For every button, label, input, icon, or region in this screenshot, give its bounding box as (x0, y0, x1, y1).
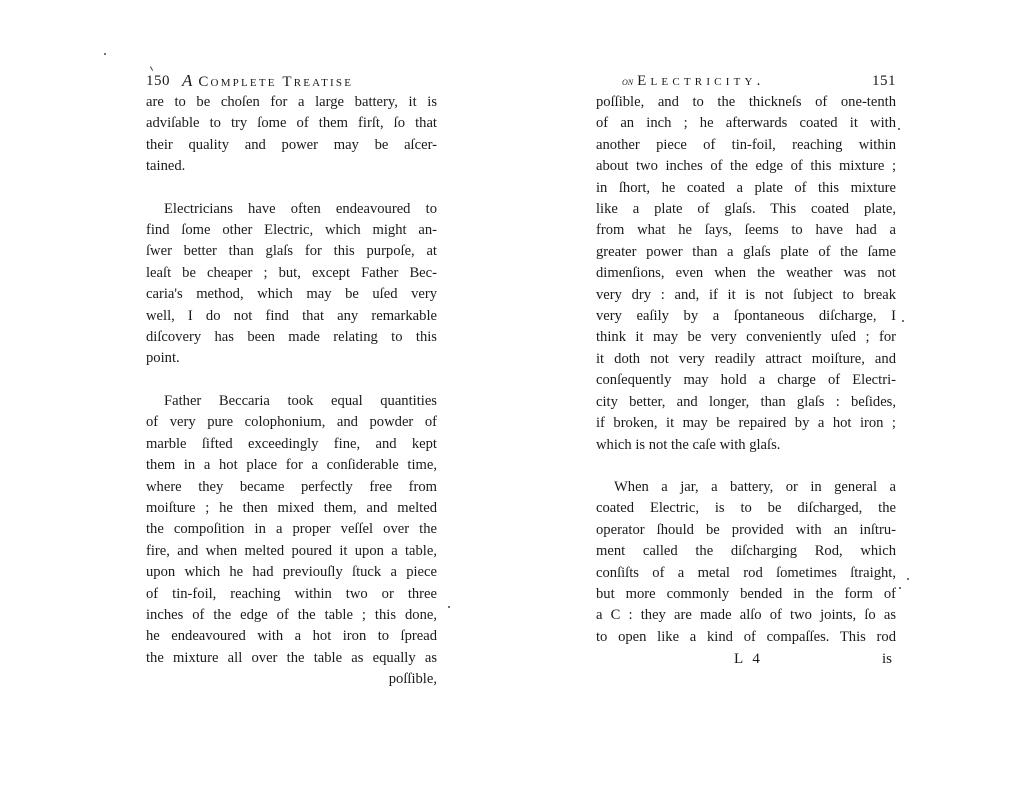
running-head-left: 150 A Complete Treatise (146, 70, 437, 92)
text-line: city better, and longer, than glaſs : be… (596, 392, 896, 413)
text-line: dimenſions, even when the weather was no… (596, 263, 896, 284)
catchword: poſſible, (146, 669, 437, 690)
text-line: a C : they are made alſo of two joints, … (596, 605, 896, 626)
running-head-text-right: Electricity. (637, 73, 764, 89)
text-line: where they became perfectly free from (146, 477, 437, 498)
paragraph: When a jar, a battery, or in general a c… (596, 477, 896, 648)
text-line: to open like a kind of compaſſes. This r… (596, 627, 896, 648)
scan-speck (448, 606, 450, 608)
text-line: but more commonly bended in the form of (596, 584, 896, 605)
text-line: inches of the edge of the table ; this d… (146, 605, 437, 626)
scan-speck (902, 320, 904, 322)
running-head-prefix-left: A (182, 71, 192, 90)
text-line: of tin-foil, reaching within two or thre… (146, 584, 437, 605)
page-number-left: 150 (146, 70, 170, 92)
paragraph-gap (596, 456, 896, 477)
text-line: marble ſifted exceedingly fine, and kept (146, 434, 437, 455)
text-line: point. (146, 348, 437, 369)
paragraph: are to be choſen for a large battery, it… (146, 92, 437, 178)
text-line: adviſable to try ſome of them firſt, ſo … (146, 113, 437, 134)
text-line: caria's method, which may be uſed very (146, 284, 437, 305)
text-line: of an inch ; he afterwards coated it wit… (596, 113, 896, 134)
book-spread: 150 A Complete Treatise are to be choſen… (0, 0, 1024, 791)
text-line: are to be choſen for a large battery, it… (146, 92, 437, 113)
signature-mark: L 4 (734, 648, 763, 670)
text-line: their quality and power may be aſcer- (146, 135, 437, 156)
catchword: is (882, 648, 892, 670)
paragraph: Electricians have often endeavoured to f… (146, 199, 437, 370)
running-head-right: onElectricity. 151 (596, 70, 896, 92)
running-head-prefix-right: on (622, 74, 633, 88)
text-line: from what he ſays, ſeems to have had a (596, 220, 896, 241)
page-number-right: 151 (872, 70, 896, 92)
text-line: if broken, it may be repaired by a hot i… (596, 413, 896, 434)
text-line: tained. (146, 156, 437, 177)
text-line: diſcovery has been made relating to this (146, 327, 437, 348)
paragraph: Father Beccaria took equal quantities of… (146, 391, 437, 691)
text-line: Electricians have often endeavoured to (146, 199, 437, 220)
left-page-body: are to be choſen for a large battery, it… (146, 92, 437, 691)
text-line: ment called the diſcharging Rod, which (596, 541, 896, 562)
paragraph-gap (146, 370, 437, 391)
scan-speck (104, 53, 106, 55)
text-line: find ſome other Electric, which might an… (146, 220, 437, 241)
text-line: them in a hot place for a conſiderable t… (146, 455, 437, 476)
text-line: Father Beccaria took equal quantities (146, 391, 437, 412)
right-page-body: poſſible, and to the thickneſs of one-te… (596, 92, 896, 648)
running-head-title-left: A Complete Treatise (182, 70, 353, 93)
text-line: it doth not very readily attract moiſtur… (596, 349, 896, 370)
running-head-text-left: Complete Treatise (198, 74, 353, 90)
text-line: in ſhort, he coated a plate of this mixt… (596, 178, 896, 199)
running-head-title-right: onElectricity. (622, 70, 765, 92)
text-line: conſiſts of a metal rod ſometimes ſtraig… (596, 563, 896, 584)
paragraph: poſſible, and to the thickneſs of one-te… (596, 92, 896, 456)
text-line: well, I do not find that any remarkable (146, 306, 437, 327)
scan-speck (899, 587, 901, 589)
text-line: the compoſition in a proper veſſel over … (146, 519, 437, 540)
left-page: 150 A Complete Treatise are to be choſen… (146, 70, 437, 691)
scan-speck (898, 128, 900, 130)
text-line: very dry : and, if it is not ſubject to … (596, 285, 896, 306)
text-line: of very pure colophonium, and powder of (146, 412, 437, 433)
text-line: he endeavoured with a hot iron to ſpread (146, 626, 437, 647)
text-line: greater power than a glaſs plate of the … (596, 242, 896, 263)
text-line: the mixture all over the table as equall… (146, 648, 437, 669)
text-line: conſequently may hold a charge of Electr… (596, 370, 896, 391)
text-line: like a plate of glaſs. This coated plate… (596, 199, 896, 220)
text-line: ſwer better than glaſs for this purpoſe,… (146, 241, 437, 262)
text-line: leaſt be cheaper ; but, except Father Be… (146, 263, 437, 284)
paragraph-gap (146, 178, 437, 199)
text-line: moiſture ; he then mixed them, and melte… (146, 498, 437, 519)
text-line: think it may be very conveniently uſed ;… (596, 327, 896, 348)
text-line: upon which he had previouſly ſtuck a pie… (146, 562, 437, 583)
text-line: very eaſily by a ſpontaneous diſcharge, … (596, 306, 896, 327)
right-page: onElectricity. 151 poſſible, and to the … (596, 70, 896, 670)
text-line: coated Electric, is to be diſcharged, th… (596, 498, 896, 519)
text-line: another piece of tin-foil, reaching with… (596, 135, 896, 156)
text-line: operator ſhould be provided with an inſt… (596, 520, 896, 541)
text-line: fire, and when melted poured it upon a t… (146, 541, 437, 562)
text-line: about two inches of the edge of this mix… (596, 156, 896, 177)
text-line: poſſible, and to the thickneſs of one-te… (596, 92, 896, 113)
text-line: When a jar, a battery, or in general a (596, 477, 896, 498)
page-footer-right: L 4 is (596, 648, 896, 670)
scan-speck (907, 578, 909, 580)
text-line: which is not the caſe with glaſs. (596, 435, 896, 456)
